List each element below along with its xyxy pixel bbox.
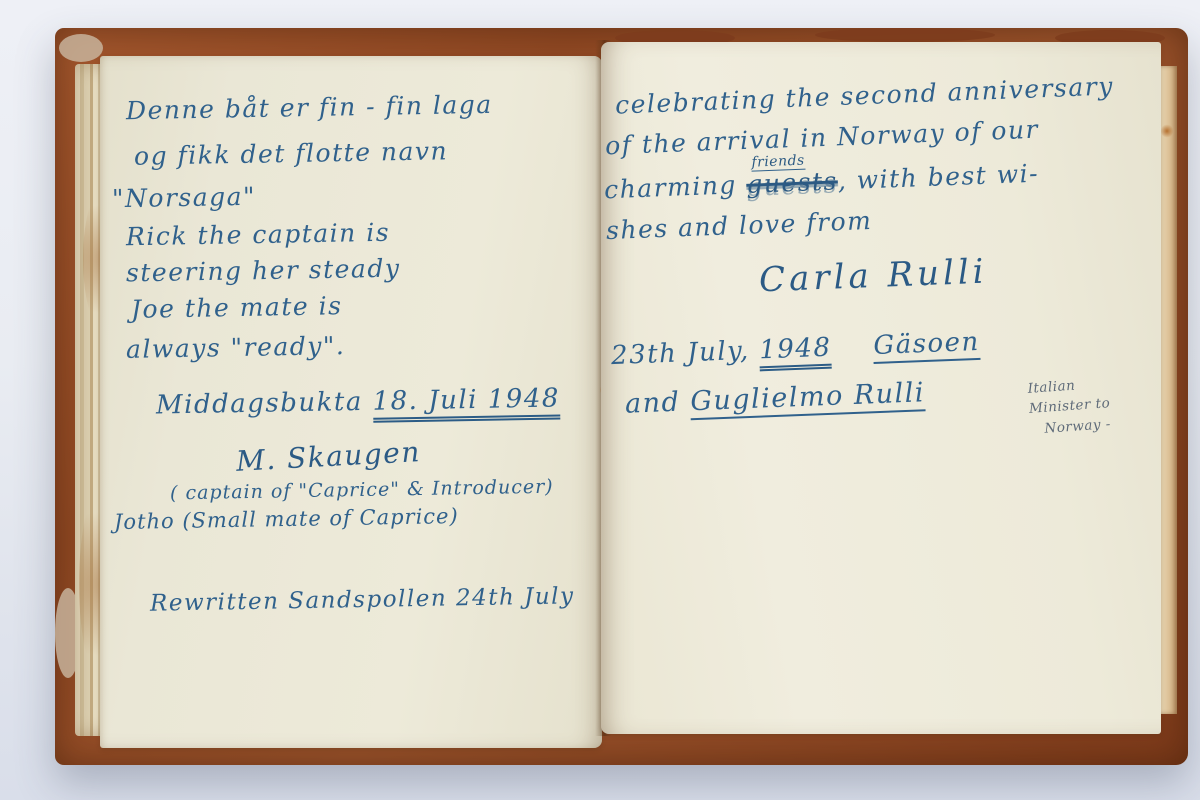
signature: Carla Rulli: [758, 254, 988, 300]
right-page: celebrating the second anniversary of th…: [601, 42, 1161, 734]
dateline-day: 23th July,: [611, 335, 760, 371]
second-name: Guglielmo Rulli: [690, 377, 926, 420]
left-page: Denne båt er fin - fin laga og fikk det …: [100, 56, 602, 748]
verse-line: steering her steady: [126, 255, 401, 287]
dateline-place: Gäsoen: [873, 327, 981, 364]
edit-suffix: , with best wi-: [837, 159, 1039, 196]
dateline-place: Middagsbukta: [156, 387, 373, 421]
dateline: Middagsbukta 18. Juli 1948: [156, 384, 560, 420]
foxing-spot: [1161, 124, 1173, 138]
verse-line: "Norsaga": [112, 183, 256, 213]
photo-background: { "colors": { "background": "#e9ecf2", "…: [0, 0, 1200, 800]
signature-role-note: ( captain of "Caprice" & Introducer): [170, 477, 554, 505]
dedication-line: shes and love from: [606, 207, 873, 245]
verse-line: Rick the captain is: [126, 219, 390, 251]
page-edge-stack: [1159, 66, 1177, 714]
guestbook: Denne båt er fin - fin laga og fikk det …: [55, 28, 1188, 765]
cover-corner-wear: [59, 34, 103, 62]
signature: M. Skaugen: [235, 437, 421, 477]
side-note: Italian Minister to Norway -: [1027, 373, 1112, 439]
footer-note: Rewritten Sandspollen 24th July: [150, 584, 575, 617]
dateline: 23th July, 1948Gäsoen: [611, 328, 981, 371]
dateline-year: 1948: [759, 333, 833, 372]
second-prefix: and: [625, 386, 692, 419]
dedication-line-edited: charming friendsguests, with best wi-: [604, 160, 1040, 204]
second-signature-line: and Guglielmo Rulli: [625, 378, 926, 419]
struck-word-wrap: friendsguests: [746, 167, 839, 198]
verse-line: Joe the mate is: [131, 292, 343, 323]
verse-line: always "ready".: [126, 332, 346, 363]
second-signature: Jotho (Small mate of Caprice): [114, 505, 459, 534]
cover-edge-wear: [815, 28, 995, 42]
dateline-date: 18. Juli 1948: [372, 383, 560, 422]
verse-line: og fikk det flotte navn: [134, 137, 449, 170]
edit-prefix: charming: [604, 170, 747, 204]
dedication-line: celebrating the second anniversary: [615, 72, 1115, 119]
inserted-word: friends: [751, 154, 805, 172]
verse-line: Denne båt er fin - fin laga: [126, 91, 493, 125]
dedication-line: of the arrival in Norway of our: [605, 116, 1040, 160]
